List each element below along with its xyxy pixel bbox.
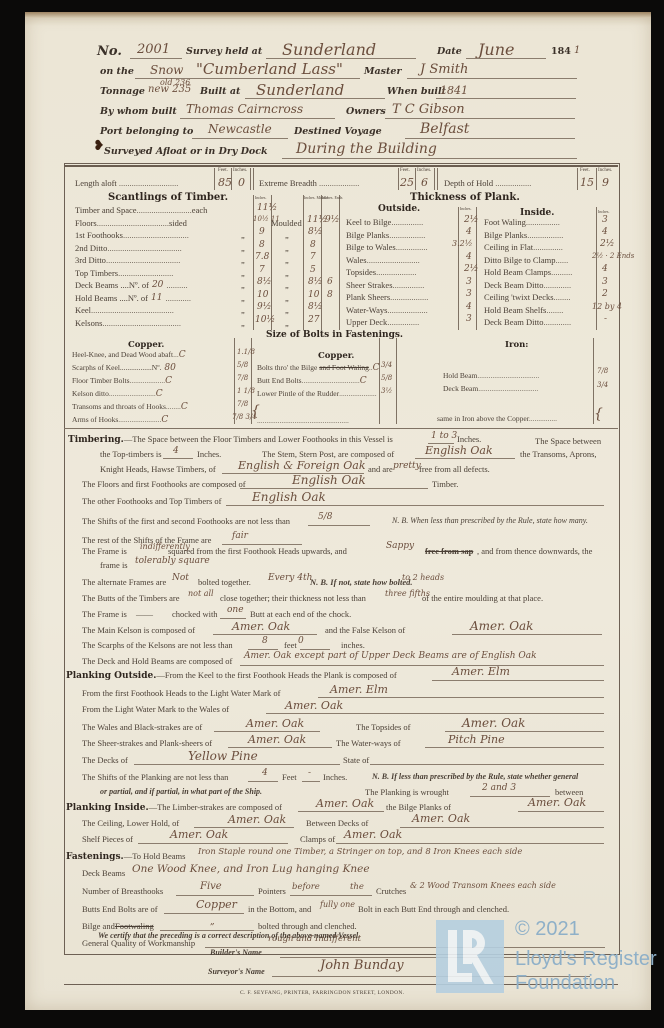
- vessel-type: Snow: [150, 63, 183, 77]
- scantling-row: Top Timbers..........................: [75, 268, 173, 278]
- built-at-label: Built at: [200, 86, 240, 97]
- year-printed: 184: [551, 46, 571, 57]
- same-in-iron: same in Iron above the Copper...........…: [437, 414, 557, 423]
- scantlings-title: Scantlings of Timber.: [108, 192, 228, 203]
- timbering-space-value: 1 to 3: [431, 431, 457, 441]
- voyage-label: Destined Voyage: [294, 126, 382, 137]
- surveyed-label: Surveyed Afloat or in Dry Dock: [104, 146, 268, 157]
- timbering-heading: Timbering.: [68, 435, 124, 445]
- builder-label: Builder's Name: [210, 948, 262, 957]
- scantling-row: Hold Beams ....Nº. of11............: [75, 293, 191, 303]
- scantling-row: 1st Foothooks...........................…: [75, 230, 189, 240]
- port-value: Newcastle: [208, 122, 272, 136]
- surveyor-signature: John Bunday: [320, 958, 404, 973]
- length-feet: 85: [218, 176, 232, 189]
- depth-feet: 15: [580, 176, 594, 189]
- bolts-title: Size of Bolts in Fastenings.: [266, 330, 403, 340]
- scantling-row: Timber and Space........................…: [75, 205, 207, 215]
- lr-logo-icon: [436, 920, 504, 993]
- length-inches: 0: [238, 176, 245, 189]
- port-label: Port belonging to: [100, 126, 193, 137]
- copper-title: Copper.: [128, 340, 164, 350]
- copper2-title: Copper.: [318, 351, 354, 361]
- depth-label: Depth of Hold .................: [444, 178, 531, 188]
- survey-number: 2001: [137, 42, 170, 57]
- iron-title: Iron:: [505, 340, 528, 350]
- no-label: No.: [97, 44, 122, 59]
- planking-outside-heading: Planking Outside.: [66, 671, 156, 681]
- breadth-feet: 25: [400, 176, 414, 189]
- date-value: June: [478, 40, 515, 59]
- brace-icon: {: [594, 406, 603, 422]
- watermark-copyright: © 2021: [515, 918, 580, 941]
- owners-value: T C Gibson: [392, 102, 465, 117]
- scantling-row: Kelsons.................................…: [75, 318, 181, 328]
- owners-label: Owners: [346, 106, 386, 117]
- master-value: J Smith: [420, 62, 468, 77]
- date-label: Date: [437, 46, 462, 57]
- certification-statement: We certify that the preceding is a corre…: [98, 931, 360, 940]
- when-built-label: When built: [387, 86, 446, 97]
- scantling-row: 3rd Ditto...............................…: [75, 255, 180, 265]
- master-label: Master: [364, 66, 401, 77]
- when-built-value: 1841: [440, 84, 468, 97]
- tonnage-label: Tonnage: [100, 86, 145, 97]
- vessel-name: "Cumberland Lass": [196, 60, 343, 78]
- depth-inches: 9: [602, 176, 609, 189]
- breadth-inches: 6: [421, 176, 428, 189]
- scantling-row: Floors..................................…: [75, 218, 187, 228]
- by-whom-value: Thomas Cairncross: [186, 102, 303, 116]
- watermark-org-line1: Lloyd's Register: [515, 948, 657, 971]
- scantling-row: Keel....................................…: [75, 305, 174, 315]
- breadth-label: Extreme Breadth ...................: [259, 178, 359, 188]
- surveyor-label: Surveyor's Name: [208, 967, 265, 976]
- scantling-row: 2nd Ditto...............................…: [75, 243, 182, 253]
- watermark-org-line2: Foundation: [515, 972, 615, 995]
- printer-credit: C. F. SEYFANG, PRINTER, FARRINGDON STREE…: [240, 990, 404, 996]
- ink-mark-icon: ❥: [93, 138, 105, 154]
- tonnage-new: new 235: [148, 84, 191, 95]
- survey-held-value: Sunderland: [282, 40, 376, 59]
- on-the-label: on the: [100, 66, 134, 77]
- survey-held-label: Survey held at: [186, 46, 262, 57]
- planking-inside-heading: Planking Inside.: [66, 803, 149, 813]
- surveyed-value: During the Building: [296, 141, 437, 157]
- fastenings-heading: Fastenings.: [66, 852, 124, 862]
- year-written: 1: [574, 45, 580, 56]
- built-at-value: Sunderland: [256, 81, 344, 99]
- voyage-value: Belfast: [420, 121, 469, 137]
- outside-title: Outside.: [378, 204, 420, 214]
- scantling-row: Deck Beams ....Nº. of20..........: [75, 280, 188, 290]
- length-label: Length aloft ...........................…: [75, 178, 178, 188]
- plank-title: Thickness of Plank.: [410, 192, 520, 203]
- by-whom-label: By whom built: [100, 106, 177, 117]
